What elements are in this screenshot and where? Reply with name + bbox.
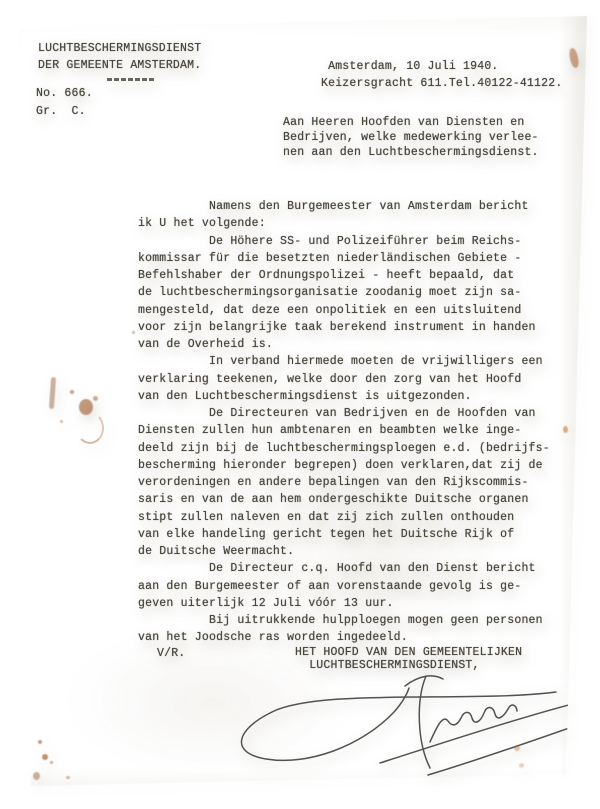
edge-stain bbox=[568, 47, 580, 68]
rust-speck bbox=[50, 761, 53, 764]
group-code: Gr. C. bbox=[36, 105, 86, 118]
rust-speck bbox=[93, 396, 98, 401]
letter-paper: LUCHTBESCHERMINGSDIENST DER GEMEENTE AMS… bbox=[0, 0, 600, 809]
addressee-block: Aan Heeren Hoofden van Diensten en Bedri… bbox=[283, 115, 539, 160]
rust-speck bbox=[70, 390, 74, 394]
rust-stain-ring bbox=[76, 412, 104, 444]
rust-speck bbox=[514, 745, 520, 751]
date-and-address-block: Amsterdam, 10 Juli 1940. Keizersgracht 6… bbox=[321, 59, 562, 92]
reference-number: No. 666. bbox=[36, 87, 93, 100]
signature-letters bbox=[430, 705, 517, 742]
letterhead-org-city: DER GEMEENTE AMSTERDAM. bbox=[38, 58, 201, 74]
closing-reference: V/R. bbox=[157, 647, 185, 660]
rust-speck bbox=[33, 772, 40, 780]
rust-speck bbox=[132, 331, 135, 334]
rust-stain bbox=[79, 399, 93, 415]
rust-speck bbox=[42, 754, 48, 760]
signature-underline-1 bbox=[380, 702, 580, 763]
signature-stem bbox=[419, 676, 430, 768]
rust-stain bbox=[49, 377, 56, 409]
signature-flourish-loop bbox=[241, 688, 556, 760]
signature-j-top bbox=[405, 676, 443, 686]
scanned-letter-photo: LUCHTBESCHERMINGSDIENST DER GEMEENTE AMS… bbox=[0, 0, 600, 809]
closing-signature-title: HET HOOFD VAN DEN GEMEENTELIJKEN LUCHTBE… bbox=[295, 647, 522, 672]
rust-speck bbox=[66, 776, 70, 779]
letterhead-underline bbox=[107, 78, 155, 81]
rust-speck bbox=[38, 740, 42, 744]
rust-speck bbox=[563, 426, 568, 433]
rust-speck bbox=[60, 420, 63, 423]
letter-body: Namens den Burgemeester van Amsterdam be… bbox=[138, 198, 550, 647]
letterhead-org-name: LUCHTBESCHERMINGSDIENST bbox=[38, 41, 201, 57]
paper-shadow: LUCHTBESCHERMINGSDIENST DER GEMEENTE AMS… bbox=[0, 0, 600, 809]
rust-speck bbox=[519, 763, 524, 768]
signature-underline-2 bbox=[428, 727, 572, 775]
